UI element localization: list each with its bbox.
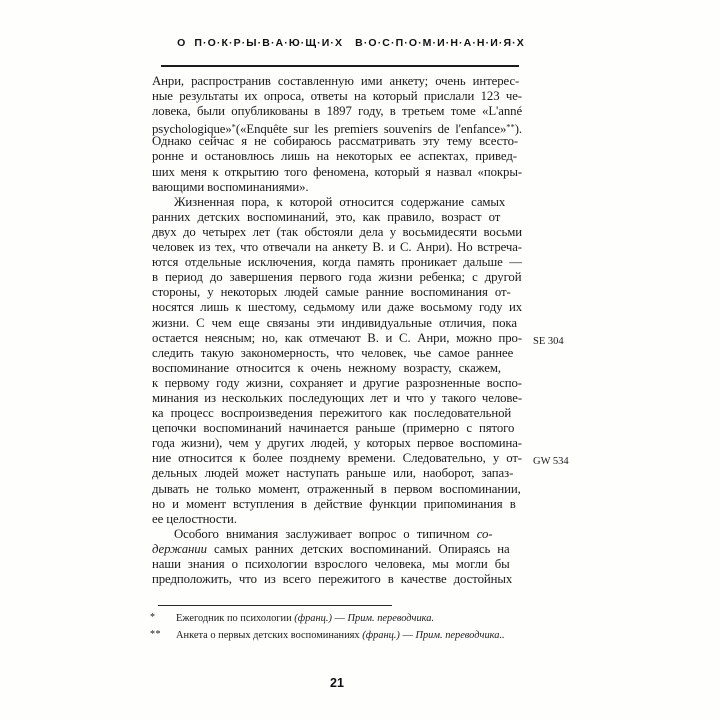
text-segment: но и момент вступления в действие функци…: [152, 497, 516, 511]
text-line: к первому году жизни, сохраняет и другие…: [152, 376, 522, 391]
text-segment: Жизненная пора, к которой относится соде…: [174, 195, 505, 209]
body-text: Анри, распространив составленную ими анк…: [152, 74, 522, 587]
text-segment: ронне и остановлюсь лишь на некоторых ее…: [152, 149, 517, 163]
text-line: наши знания о психологии взрослого челов…: [152, 557, 522, 572]
text-segment: двух до четырех лет (так обстояли дела у…: [152, 225, 522, 239]
text-segment: остается неясным; но, как отмечают В. и …: [152, 331, 522, 345]
running-head-title: О П·О·К·Р·Ы·В·А·Ю·Щ·И·Х В·О·С·П·О·М·И·Н·…: [177, 37, 525, 49]
text-line: Жизненная пора, к которой относится соде…: [152, 195, 522, 210]
text-line: предположить, что из всего пережитого в …: [152, 572, 522, 587]
footnote-item: **Анкета о первых детских воспоминаниях …: [149, 628, 559, 645]
text-line: дельных людей может наступать раньше или…: [152, 466, 522, 481]
text-segment: —: [332, 613, 348, 624]
running-head: О П·О·К·Р·Ы·В·А·Ю·Щ·И·Х В·О·С·П·О·М·И·Н·…: [161, 25, 519, 67]
text-segment: дывать не только момент, отраженный в пе…: [152, 482, 521, 496]
text-line: жизни. С чем еще связаны эти индивидуаль…: [152, 316, 522, 331]
text-line: года жизни), чем у других людей, у котор…: [152, 436, 522, 451]
text-line: держании самых ранних детских воспоминан…: [152, 542, 522, 557]
text-line: дывать не только момент, отраженный в пе…: [152, 482, 522, 497]
text-segment: следить такую закономерность, что челове…: [152, 346, 513, 360]
text-line: Особого внимания заслуживает вопрос о ти…: [152, 527, 522, 542]
text-segment: —: [400, 630, 416, 641]
text-line: ранних детских воспоминаний, это, как пр…: [152, 210, 522, 225]
footnote-marker: **: [150, 627, 161, 644]
text-segment: ее целостности.: [152, 512, 237, 526]
text-segment: минания из нескольких последующих лет и …: [152, 391, 522, 405]
text-line: в период до завершения первого года жизн…: [152, 270, 522, 285]
text-line: остается неясным; но, как отмечают В. и …: [152, 331, 522, 346]
text-segment: Особого внимания заслуживает вопрос о ти…: [174, 527, 477, 541]
footnote-separator: [158, 605, 392, 606]
text-segment: наши знания о психологии взрослого челов…: [152, 557, 510, 571]
text-line: ронне и остановлюсь лишь на некоторых ее…: [152, 149, 522, 164]
text-segment: (франц.): [294, 613, 332, 624]
text-line: носятся лишь к шестому, седьмому или даж…: [152, 300, 522, 315]
text-segment: Анкета о первых детских воспоминаниях: [176, 630, 362, 641]
book-page: О П·О·К·Р·Ы·В·А·Ю·Щ·И·Х В·О·С·П·О·М·И·Н·…: [0, 0, 720, 720]
text-segment: Прим. переводчика.: [348, 613, 435, 624]
text-segment: носятся лишь к шестому, седьмому или даж…: [152, 300, 522, 314]
text-segment: предположить, что из всего пережитого в …: [152, 572, 512, 586]
text-line: следить такую закономерность, что челове…: [152, 346, 522, 361]
text-segment: самых ранних детских воспоминаний. Опира…: [207, 542, 510, 556]
margin-note-se-304: SE 304: [533, 336, 564, 347]
text-segment: ются отдельные исключения, когда память …: [152, 255, 522, 269]
text-segment: ные результаты их опроса, ответы на кото…: [152, 89, 522, 103]
text-segment: Прим. переводчика..: [415, 630, 504, 641]
text-segment: ние относится к более позднему времени. …: [152, 451, 522, 465]
text-line: ших меня к открытию того феномена, котор…: [152, 165, 522, 180]
text-segment: со-: [477, 527, 493, 541]
text-segment: Ежегодник по психологии: [176, 613, 294, 624]
text-line: цепочки воспоминаний начинается раньше (…: [152, 421, 522, 436]
footnotes: *Ежегодник по психологии (франц.) — Прим…: [149, 611, 559, 644]
text-line: двух до четырех лет (так обстояли дела у…: [152, 225, 522, 240]
text-line: Анри, распространив составленную ими анк…: [152, 74, 522, 89]
text-line: ловека, были опубликованы в 1897 году, в…: [152, 104, 522, 119]
text-segment: дельных людей может наступать раньше или…: [152, 466, 513, 480]
text-segment: человек из тех, что отвечали на анкету В…: [152, 240, 522, 254]
text-line: ка процесс воспроизведения пережитого ка…: [152, 406, 522, 421]
text-segment: воспоминание относится к очень нежному в…: [152, 361, 501, 375]
page-number: 21: [152, 676, 522, 690]
text-line: ются отдельные исключения, когда память …: [152, 255, 522, 270]
text-segment: Анри, распространив составленную ими анк…: [152, 74, 519, 88]
text-line: воспоминание относится к очень нежному в…: [152, 361, 522, 376]
text-line: человек из тех, что отвечали на анкету В…: [152, 240, 522, 255]
text-line: ные результаты их опроса, ответы на кото…: [152, 89, 522, 104]
footnote-item: *Ежегодник по психологии (франц.) — Прим…: [149, 611, 559, 628]
text-line: вающими воспоминаниями».: [152, 180, 522, 195]
text-line: Однако сейчас я не собираюсь рассматрива…: [152, 134, 522, 149]
text-line: ее целостности.: [152, 512, 522, 527]
text-segment: стороны, у некоторых людей самые ранние …: [152, 285, 511, 299]
text-segment: ших меня к открытию того феномена, котор…: [152, 165, 522, 179]
text-segment: держании: [152, 542, 207, 556]
text-segment: ка процесс воспроизведения пережитого ка…: [152, 406, 511, 420]
text-segment: к первому году жизни, сохраняет и другие…: [152, 376, 522, 390]
text-line: минания из нескольких последующих лет и …: [152, 391, 522, 406]
text-segment: ловека, были опубликованы в 1897 году, в…: [152, 104, 522, 118]
text-line: стороны, у некоторых людей самые ранние …: [152, 285, 522, 300]
text-segment: ранних детских воспоминаний, это, как пр…: [152, 210, 500, 224]
text-segment: цепочки воспоминаний начинается раньше (…: [152, 421, 514, 435]
text-line: но и момент вступления в действие функци…: [152, 497, 522, 512]
footnote-marker: *: [150, 610, 156, 627]
text-segment: вающими воспоминаниями».: [152, 180, 309, 194]
text-line: psychologique»*(«Enquête sur les premier…: [152, 119, 522, 134]
text-segment: года жизни), чем у других людей, у котор…: [152, 436, 522, 450]
text-line: ние относится к более позднему времени. …: [152, 451, 522, 466]
text-segment: Однако сейчас я не собираюсь рассматрива…: [152, 134, 518, 148]
margin-note-gw-534: GW 534: [533, 456, 569, 467]
text-segment: (франц.): [362, 630, 400, 641]
text-segment: жизни. С чем еще связаны эти индивидуаль…: [152, 316, 517, 330]
text-segment: в период до завершения первого года жизн…: [152, 270, 521, 284]
footnote-ref-marker: **: [506, 121, 515, 131]
